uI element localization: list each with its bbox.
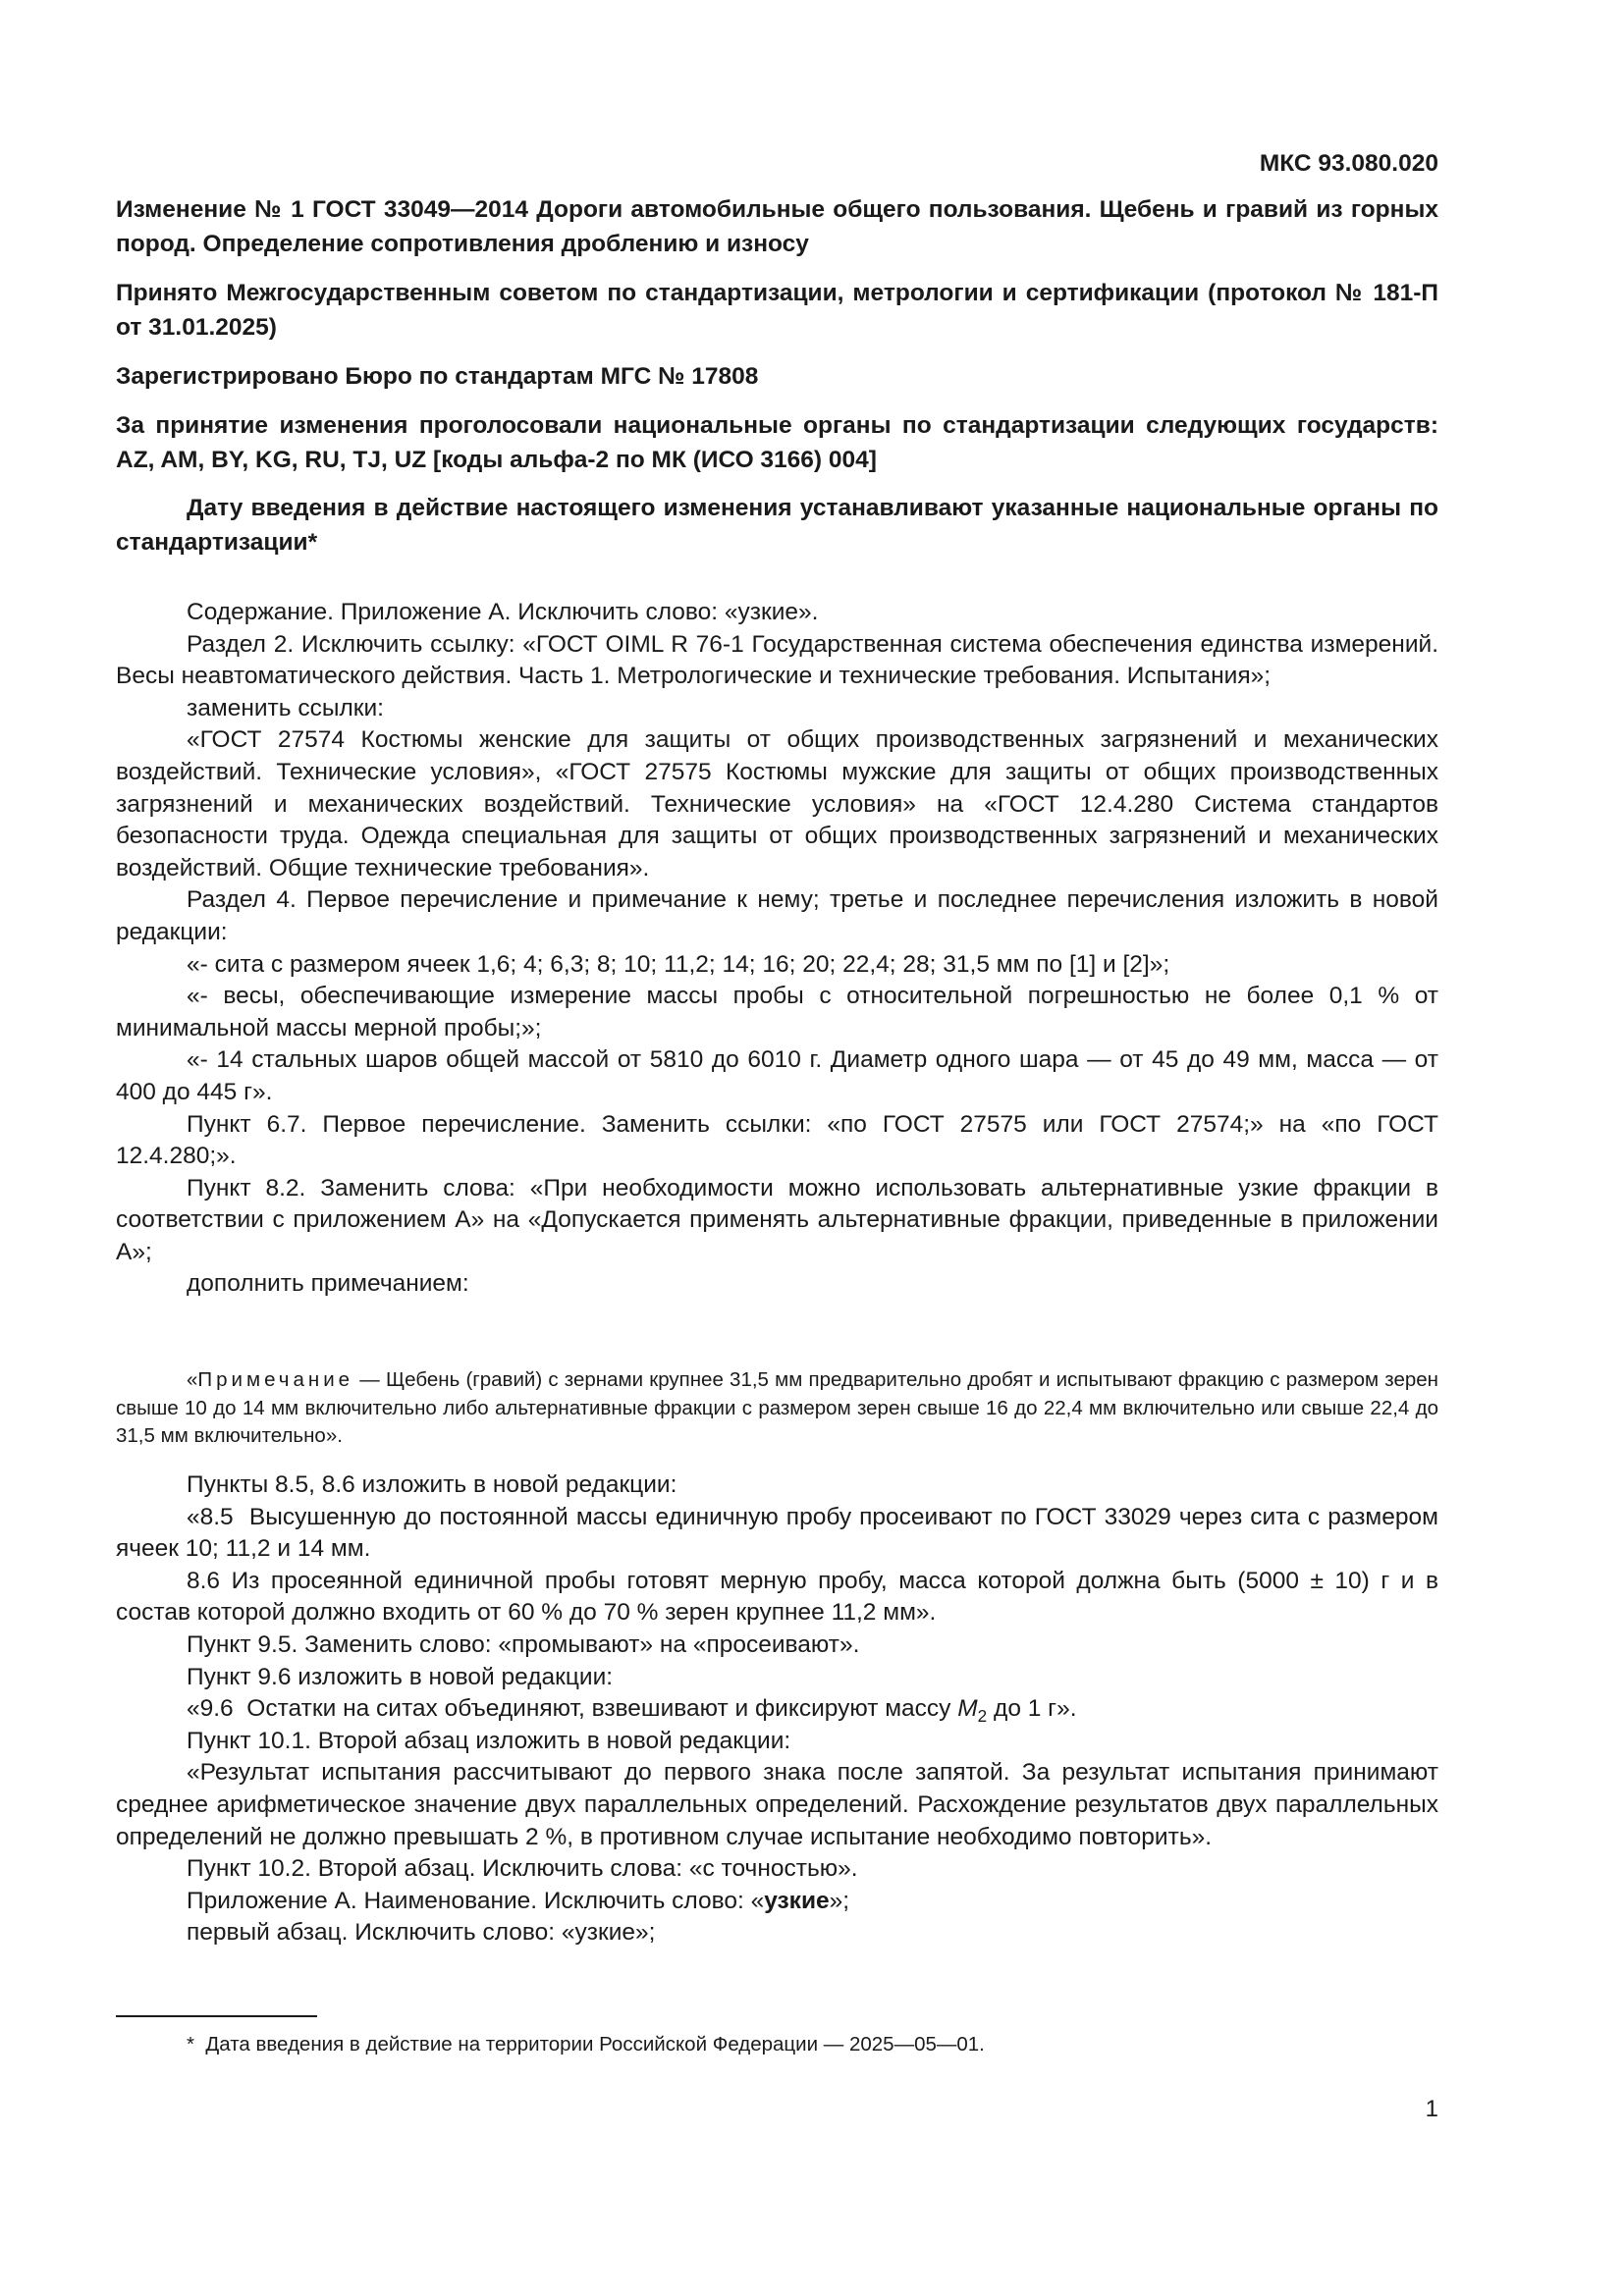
paragraph: «Результат испытания рассчитывают до пер… (116, 1757, 1438, 1853)
paragraph: Раздел 2. Исключить ссылку: «ГОСТ OIML R… (116, 629, 1438, 693)
paragraph: Пункт 10.2. Второй абзац. Исключить слов… (116, 1853, 1438, 1886)
amendment-body: Содержание. Приложение А. Исключить слов… (116, 597, 1438, 1301)
paragraph: первый абзац. Исключить слово: «узкие»; (116, 1917, 1438, 1949)
paragraph: Содержание. Приложение А. Исключить слов… (116, 597, 1438, 629)
registration: Зарегистрировано Бюро по стандартам МГС … (116, 359, 1438, 394)
paragraph: Пункты 8.5, 8.6 изложить в новой редакци… (116, 1469, 1438, 1502)
paragraph: 8.6 Из просеянной единичной пробы готовя… (116, 1566, 1438, 1629)
footnote: * Дата введения в действие на территории… (187, 2033, 985, 2056)
bold-word: узкие (764, 1888, 829, 1914)
paragraph: Пункт 6.7. Первое перечисление. Заменить… (116, 1109, 1438, 1173)
amendment-title: Изменение № 1 ГОСТ 33049—2014 Дороги авт… (116, 192, 1438, 261)
note-label: Примечание (197, 1368, 353, 1391)
note-block: «Примечание — Щебень (гравий) с зернами … (116, 1366, 1438, 1451)
paragraph: Пункт 9.5. Заменить слово: «промывают» н… (116, 1629, 1438, 1662)
paragraph: дополнить примечанием: (116, 1268, 1438, 1301)
paragraph: «8.5 Высушенную до постоянной массы един… (116, 1502, 1438, 1566)
voting-states: За принятие изменения проголосовали наци… (116, 408, 1438, 477)
paragraph: Пункт 9.6 изложить в новой редакции: (116, 1662, 1438, 1694)
mks-code: МКС 93.080.020 (1260, 150, 1438, 178)
paragraph: «9.6 Остатки на ситах объединяют, взвеши… (116, 1693, 1438, 1726)
paragraph: «- весы, обеспечивающие измерение массы … (116, 981, 1438, 1044)
mass-variable: M (957, 1695, 977, 1722)
amendment-body-continued: Пункты 8.5, 8.6 изложить в новой редакци… (116, 1469, 1438, 1949)
adopted-by: Принято Межгосударственным советом по ст… (116, 276, 1438, 345)
footnote-separator (116, 2015, 317, 2017)
paragraph: Раздел 4. Первое перечисление и примечан… (116, 884, 1438, 948)
paragraph: «- 14 стальных шаров общей массой от 581… (116, 1044, 1438, 1108)
paragraph: заменить ссылки: (116, 693, 1438, 725)
paragraph: «ГОСТ 27574 Костюмы женские для защиты о… (116, 724, 1438, 884)
note-paragraph: «Примечание — Щебень (гравий) с зернами … (116, 1366, 1438, 1451)
effective-date-statement: Дату введения в действие настоящего изме… (116, 491, 1438, 560)
paragraph: Пункт 10.1. Второй абзац изложить в ново… (116, 1726, 1438, 1758)
paragraph: «- сита с размером ячеек 1,6; 4; 6,3; 8;… (116, 949, 1438, 982)
paragraph: Приложение А. Наименование. Исключить сл… (116, 1886, 1438, 1918)
page-number: 1 (1426, 2096, 1438, 2123)
paragraph: Пункт 8.2. Заменить слова: «При необходи… (116, 1173, 1438, 1269)
